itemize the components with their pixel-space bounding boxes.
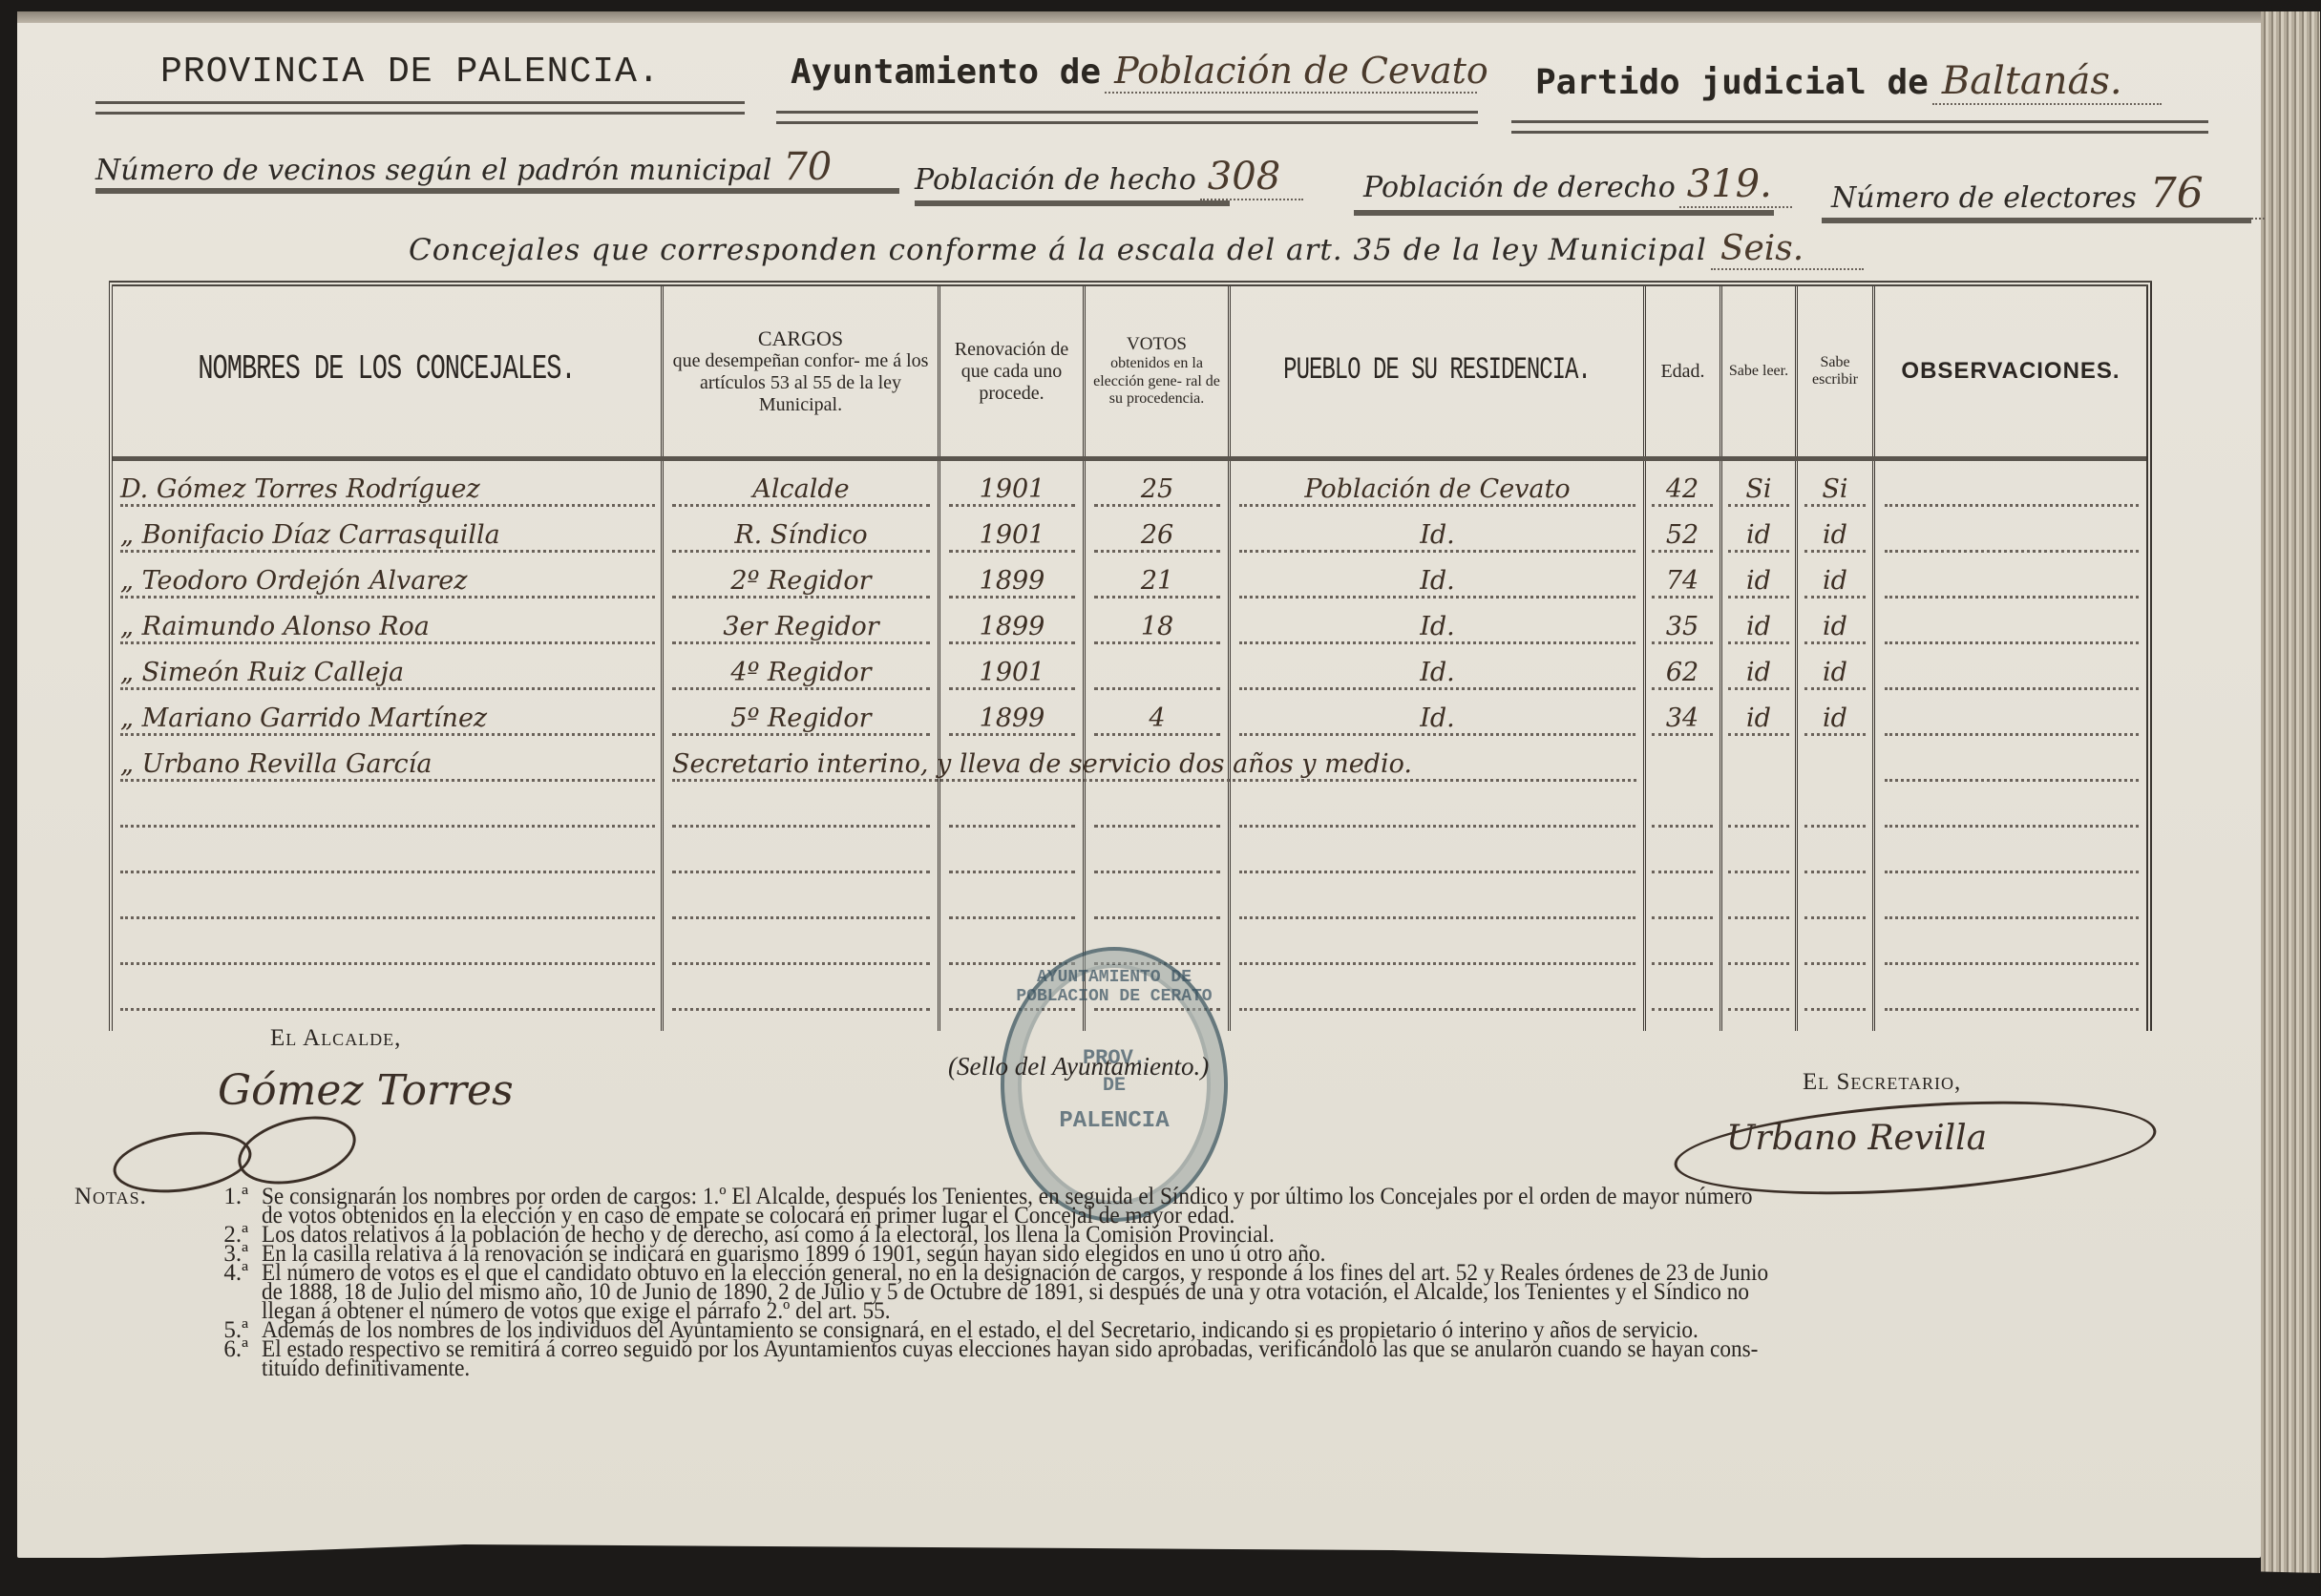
cell-renovacion [949, 878, 1075, 919]
cell-votos: 4 [1094, 695, 1220, 736]
province-title: PROVINCIA DE PALENCIA. [160, 52, 661, 93]
cell-sabe-escribir [1804, 878, 1866, 919]
cell-sabe-escribir [1804, 924, 1866, 965]
cell-edad [1652, 832, 1713, 873]
cell-sabe-escribir: id [1804, 603, 1866, 644]
cell-sabe-escribir [1804, 787, 1866, 828]
header-pueblo: PUEBLO DE SU RESIDENCIA. [1231, 286, 1643, 456]
ayuntamiento-label: Ayuntamiento de [791, 52, 1101, 92]
cell-pueblo [1239, 878, 1635, 919]
cell-sabe-leer [1728, 924, 1789, 965]
cell-sabe-leer: id [1728, 557, 1789, 598]
cell-sabe-escribir [1804, 832, 1866, 873]
notes-list: Notas.1.ªSe consignarán los nombres por … [74, 1187, 2223, 1378]
cell-cargo [672, 970, 930, 1011]
cell-sabe-escribir: Si [1804, 466, 1866, 507]
cell-pueblo: Población de Cevato [1239, 466, 1635, 507]
cell-nombre: „ Bonifacio Díaz Carrasquilla [120, 512, 655, 553]
cell-pueblo [1239, 832, 1635, 873]
cell-observaciones [1885, 924, 2139, 965]
cell-votos [1094, 649, 1220, 690]
cell-edad [1652, 787, 1713, 828]
concejales-field: Concejales que corresponden conforme á l… [409, 229, 1864, 270]
cell-renovacion: 1901 [949, 649, 1075, 690]
cell-pueblo: Id. [1239, 603, 1635, 644]
header-rule [95, 101, 745, 115]
electores-label: Número de electores [1831, 181, 2137, 215]
partido-label: Partido judicial de [1535, 63, 1929, 102]
secretario-signature: Urbano Revilla [1726, 1119, 1987, 1158]
hecho-label: Población de hecho [915, 163, 1196, 197]
cell-renovacion: 1901 [949, 466, 1075, 507]
cell-votos: 25 [1094, 466, 1220, 507]
note-number: 4.ª [189, 1264, 262, 1283]
cell-cargo: Alcalde [672, 466, 930, 507]
cell-pueblo [1239, 924, 1635, 965]
cell-votos: 21 [1094, 557, 1220, 598]
census-rule [1354, 210, 1774, 216]
cell-cargo: 3er Regidor [672, 603, 930, 644]
note-text: El estado respectivo se remitirá á corre… [262, 1340, 2085, 1359]
header-sabe-leer: Sabe leer. [1722, 286, 1795, 456]
cell-nombre: „ Raimundo Alonso Roa [120, 603, 655, 644]
cell-nombre [120, 878, 655, 919]
cell-sabe-leer: id [1728, 695, 1789, 736]
table-row: „ Mariano Garrido Martínez5º Regidor1899… [113, 697, 2146, 742]
cell-edad [1652, 741, 1713, 782]
cell-renovacion: 1901 [949, 512, 1075, 553]
cell-sabe-leer: id [1728, 512, 1789, 553]
cell-cargo [672, 924, 930, 965]
cell-nombre [120, 970, 655, 1011]
sello-label: (Sello del Ayuntamiento.) [948, 1052, 1209, 1081]
cell-edad [1652, 970, 1713, 1011]
cell-renovacion [949, 924, 1075, 965]
table-row: „ Teodoro Ordejón Alvarez2º Regidor18992… [113, 559, 2146, 604]
header-votos: VOTOS obtenidos en la elección gene- ral… [1086, 286, 1228, 456]
alcalde-flourish [231, 1105, 363, 1196]
cell-nombre [120, 787, 655, 828]
page-top-curl [17, 11, 2261, 23]
cell-sabe-leer [1728, 832, 1789, 873]
cell-renovacion: 1899 [949, 603, 1075, 644]
cell-pueblo: Id. [1239, 557, 1635, 598]
cell-cargo [672, 878, 930, 919]
concejales-value: Seis. [1711, 229, 1864, 270]
cell-observaciones [1885, 832, 2139, 873]
cell-edad: 74 [1652, 557, 1713, 598]
secretario-label: El Secretario, [1803, 1069, 1961, 1096]
partido-value: Baltanás. [1932, 59, 2162, 105]
cell-nombre: D. Gómez Torres Rodríguez [120, 466, 655, 507]
cell-cargo: R. Síndico [672, 512, 930, 553]
notas-label [74, 1226, 189, 1245]
derecho-field: Población de derecho 319. [1363, 162, 1792, 208]
cell-sabe-escribir: id [1804, 557, 1866, 598]
cell-cargo: 2º Regidor [672, 557, 930, 598]
cell-observaciones [1885, 466, 2139, 507]
cell-observaciones [1885, 557, 2139, 598]
alcalde-signature: Gómez Torres [218, 1066, 514, 1115]
partido-field: Partido judicial de Baltanás. [1535, 59, 2162, 105]
cell-edad: 62 [1652, 649, 1713, 690]
cell-observaciones [1885, 512, 2139, 553]
cell-pueblo [1239, 787, 1635, 828]
cell-votos: 18 [1094, 603, 1220, 644]
cell-sabe-escribir: id [1804, 695, 1866, 736]
hecho-field: Población de hecho 308 [915, 155, 1303, 200]
cell-edad: 34 [1652, 695, 1713, 736]
cell-nombre: „ Teodoro Ordejón Alvarez [120, 557, 655, 598]
derecho-label: Población de derecho [1363, 171, 1676, 204]
cell-sabe-leer [1728, 970, 1789, 1011]
header-observaciones: OBSERVACIONES. [1875, 286, 2146, 456]
document-page: PROVINCIA DE PALENCIA. Ayuntamiento de P… [17, 11, 2261, 1558]
cell-observaciones [1885, 878, 2139, 919]
table-row: „ Bonifacio Díaz CarrasquillaR. Síndico1… [113, 514, 2146, 558]
hecho-value: 308 [1200, 155, 1303, 200]
table-row: D. Gómez Torres RodríguezAlcalde190125Po… [113, 468, 2146, 513]
header-sabe-escribir: Sabe escribir [1798, 286, 1872, 456]
note-text: tituído definitivamente. [262, 1359, 2085, 1378]
census-rule [1822, 218, 2251, 223]
table-row: „ Simeón Ruiz Calleja4º Regidor1901Id.62… [113, 651, 2146, 696]
vecinos-field: Número de vecinos según el padrón munici… [95, 145, 888, 191]
note-number: 1.ª [189, 1187, 262, 1207]
ayuntamiento-value: Población de Cevato [1105, 50, 1477, 94]
cell-nombre: „ Urbano Revilla García [120, 741, 655, 782]
note-line: tituído definitivamente. [74, 1359, 2223, 1378]
cell-nombre: „ Mariano Garrido Martínez [120, 695, 655, 736]
header-renovacion: Renovación de que cada uno procede. [940, 286, 1083, 456]
derecho-value: 319. [1679, 162, 1792, 208]
table-row [113, 834, 2146, 879]
cell-pueblo [1239, 970, 1635, 1011]
alcalde-label: El Alcalde, [270, 1025, 401, 1052]
cell-edad: 52 [1652, 512, 1713, 553]
cell-cargo [672, 832, 930, 873]
census-rule [95, 188, 899, 194]
cell-sabe-leer: id [1728, 649, 1789, 690]
cell-nombre [120, 832, 655, 873]
cell-votos: 26 [1094, 512, 1220, 553]
table-row: „ Urbano Revilla GarcíaSecretario interi… [113, 743, 2146, 787]
table-row [113, 788, 2146, 833]
cell-edad [1652, 924, 1713, 965]
header-edad: Edad. [1646, 286, 1720, 456]
cell-pueblo: Id. [1239, 512, 1635, 553]
note-number: 6.ª [189, 1340, 262, 1359]
electores-value: 76 [2141, 169, 2265, 220]
cell-sabe-escribir: id [1804, 512, 1866, 553]
cell-observaciones [1885, 970, 2139, 1011]
cell-renovacion [949, 832, 1075, 873]
cell-sabe-leer [1728, 741, 1789, 782]
cell-sabe-leer [1728, 787, 1789, 828]
cell-cargo [672, 787, 930, 828]
cell-sabe-escribir [1804, 741, 1866, 782]
cell-cargo: Secretario interino, y lleva de servicio… [672, 741, 1636, 782]
ayuntamiento-field: Ayuntamiento de Población de Cevato [791, 50, 1477, 94]
cell-nombre: „ Simeón Ruiz Calleja [120, 649, 655, 690]
cell-nombre [120, 924, 655, 965]
notas-label: Notas. [74, 1187, 189, 1207]
header-nombres: NOMBRES DE LOS CONCEJALES. [113, 286, 661, 456]
cell-sabe-leer [1728, 878, 1789, 919]
cell-votos [1094, 787, 1220, 828]
cell-observaciones [1885, 649, 2139, 690]
vecinos-label: Número de vecinos según el padrón munici… [95, 154, 771, 187]
header-cargos: CARGOS que desempeñan confor- me á los a… [664, 286, 938, 456]
notas-label [74, 1321, 189, 1340]
cell-cargo: 4º Regidor [672, 649, 930, 690]
header-rule [776, 111, 1478, 124]
cell-observaciones [1885, 741, 2139, 782]
electores-field: Número de electores 76 [1831, 169, 2265, 220]
cell-votos [1094, 832, 1220, 873]
ayuntamiento-seal-stamp: AYUNTAMIENTO DE POBLACION DE CERATO PROV… [1001, 947, 1228, 1222]
vecinos-value: 70 [775, 145, 888, 191]
cell-edad: 42 [1652, 466, 1713, 507]
header-rule [1511, 120, 2208, 134]
notas-label [74, 1340, 189, 1359]
cell-sabe-leer: Si [1728, 466, 1789, 507]
concejales-label: Concejales que corresponden conforme á l… [409, 233, 1707, 267]
header-rule [113, 456, 2146, 461]
concejales-table: NOMBRES DE LOS CONCEJALES. CARGOS que de… [109, 281, 2152, 1031]
cell-edad [1652, 878, 1713, 919]
cell-edad: 35 [1652, 603, 1713, 644]
book-page-edges [2261, 11, 2320, 1586]
table-row [113, 880, 2146, 925]
notas-label [74, 1245, 189, 1264]
cell-pueblo: Id. [1239, 695, 1635, 736]
cell-observaciones [1885, 787, 2139, 828]
cell-cargo: 5º Regidor [672, 695, 930, 736]
notes-section: Notas.1.ªSe consignarán los nombres por … [74, 1187, 2223, 1378]
cell-renovacion: 1899 [949, 695, 1075, 736]
notas-label [74, 1264, 189, 1283]
census-rule [915, 200, 1230, 206]
cell-sabe-escribir [1804, 970, 1866, 1011]
cell-pueblo: Id. [1239, 649, 1635, 690]
cell-votos [1094, 878, 1220, 919]
cell-renovacion [949, 787, 1075, 828]
cell-observaciones [1885, 603, 2139, 644]
cell-renovacion: 1899 [949, 557, 1075, 598]
cell-sabe-escribir: id [1804, 649, 1866, 690]
table-row: „ Raimundo Alonso Roa3er Regidor189918Id… [113, 605, 2146, 650]
cell-sabe-leer: id [1728, 603, 1789, 644]
cell-observaciones [1885, 695, 2139, 736]
